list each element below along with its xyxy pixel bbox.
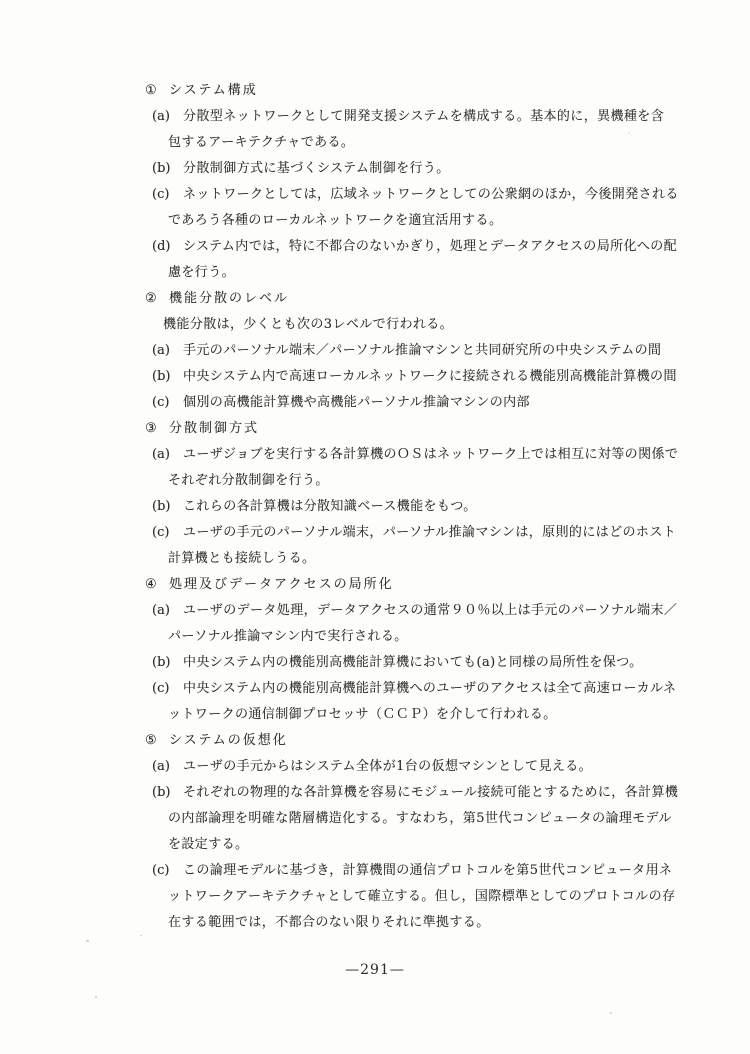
section-heading-2: ②機能分散のレベル — [145, 286, 655, 312]
item-text: 分散制御方式に基づくシステム制御を行う。 — [183, 161, 450, 176]
scanned-document-page: ①システム構成 (a)分散型ネットワークとして開発支援システムを構成する。基本的… — [0, 0, 750, 1054]
section-heading-5: ⑤システムの仮想化 — [145, 728, 655, 754]
list-item: (c)中央システム内の機能別高機能計算機へのユーザのアクセスは全て高速ローカルネ — [152, 676, 655, 702]
list-item-continuation: 在する範囲では，不都合のない限りそれに準拠する。 — [168, 910, 655, 936]
list-item-continuation: であろう各種のローカルネットワークを適宜活用する。 — [168, 208, 655, 234]
item-marker: (b) — [152, 494, 183, 520]
item-text: ユーザのデータ処理，データアクセスの通常９０％以上は手元のパーソナル端末／ — [183, 603, 677, 618]
list-item: (a)ユーザジョブを実行する各計算機のＯＳはネットワーク上では相互に対等の関係で — [152, 442, 655, 468]
item-marker: (c) — [152, 182, 183, 208]
item-marker: (c) — [152, 676, 183, 702]
list-item-continuation: それぞれ分散制御を行う。 — [168, 468, 655, 494]
section-heading-1: ①システム構成 — [145, 78, 655, 104]
item-text: 分散型ネットワークとして開発支援システムを構成する。基本的に，異機種を含 — [183, 109, 664, 124]
scan-speckle — [95, 996, 97, 998]
section-title: 処理及びデータアクセスの局所化 — [169, 577, 394, 592]
item-marker: (c) — [152, 520, 183, 546]
item-text: システム内では，特に不都合のないかぎり，処理とデータアクセスの局所化への配 — [183, 239, 677, 254]
list-item: (c)ユーザの手元のパーソナル端末，パーソナル推論マシンは，原則的にはどのホスト — [152, 520, 655, 546]
list-item-continuation: 包するアーキテクチャである。 — [168, 130, 655, 156]
list-item-continuation: ットワークの通信制御プロセッサ（ＣＣＰ）を介して行われる。 — [168, 702, 655, 728]
list-item-continuation: パーソナル推論マシン内で実行される。 — [168, 624, 655, 650]
list-item: (c)ネットワークとしては，広域ネットワークとしての公衆網のほか，今後開発される — [152, 182, 655, 208]
section-number: ④ — [145, 572, 169, 598]
item-marker: (a) — [152, 104, 183, 130]
section-title: 分散制御方式 — [169, 421, 259, 436]
item-marker: (b) — [152, 364, 183, 390]
item-text: これらの各計算機は分散知識ベース機能をもつ。 — [183, 499, 477, 514]
item-text: ユーザの手元からはシステム全体が1台の仮想マシンとして見える。 — [183, 759, 592, 774]
page-number: —291— — [0, 962, 750, 978]
item-text: ユーザジョブを実行する各計算機のＯＳはネットワーク上では相互に対等の関係で — [183, 447, 678, 462]
item-marker: (c) — [152, 858, 183, 884]
list-item-continuation: ットワークアーキテクチャとして確立する。但し，国際標準としてのプロトコルの存 — [168, 884, 655, 910]
item-text: この論理モデルに基づき，計算機間の通信プロトコルを第5世代コンピュータ用ネ — [183, 863, 672, 878]
item-marker: (d) — [152, 234, 183, 260]
list-item: (c)この論理モデルに基づき，計算機間の通信プロトコルを第5世代コンピュータ用ネ — [152, 858, 655, 884]
list-item: (a)ユーザのデータ処理，データアクセスの通常９０％以上は手元のパーソナル端末／ — [152, 598, 655, 624]
list-item-continuation: 慮を行う。 — [168, 260, 655, 286]
item-text: ユーザの手元のパーソナル端末，パーソナル推論マシンは，原則的にはどのホスト — [183, 525, 676, 540]
list-item-continuation: 計算機とも接続しうる。 — [168, 546, 655, 572]
scan-speckle — [628, 132, 630, 134]
list-item-continuation: を設定する。 — [168, 832, 655, 858]
item-text: 中央システム内で高速ローカルネットワークに接続される機能別高機能計算機の間 — [183, 369, 677, 384]
section-number: ② — [145, 286, 169, 312]
section-heading-3: ③分散制御方式 — [145, 416, 655, 442]
document-body: ①システム構成 (a)分散型ネットワークとして開発支援システムを構成する。基本的… — [145, 78, 655, 936]
section-number: ⑤ — [145, 728, 169, 754]
list-item: (a)手元のパーソナル端末／パーソナル推論マシンと共同研究所の中央システムの間 — [152, 338, 655, 364]
item-text: それぞれの物理的な各計算機を容易にモジュール接続可能とするために，各計算機 — [183, 785, 678, 800]
section-title: 機能分散のレベル — [169, 291, 289, 306]
scan-speckle — [140, 935, 142, 936]
item-text: 個別の高機能計算機や高機能パーソナル推論マシンの内部 — [183, 395, 530, 410]
section-number: ① — [145, 78, 169, 104]
item-marker: (b) — [152, 156, 183, 182]
list-item: (d)システム内では，特に不都合のないかぎり，処理とデータアクセスの局所化への配 — [152, 234, 655, 260]
list-item: (a)分散型ネットワークとして開発支援システムを構成する。基本的に，異機種を含 — [152, 104, 655, 130]
item-text: 中央システム内の機能別高機能計算機へのユーザのアクセスは全て高速ローカルネ — [183, 681, 676, 696]
list-item: (b)分散制御方式に基づくシステム制御を行う。 — [152, 156, 655, 182]
list-item: (b)これらの各計算機は分散知識ベース機能をもつ。 — [152, 494, 655, 520]
scan-speckle — [86, 940, 89, 942]
list-item: (b)中央システム内で高速ローカルネットワークに接続される機能別高機能計算機の間 — [152, 364, 655, 390]
item-marker: (b) — [152, 650, 183, 676]
item-marker: (a) — [152, 442, 183, 468]
item-text: 中央システム内の機能別高機能計算機においても(a)と同様の局所性を保つ。 — [183, 655, 642, 670]
item-marker: (a) — [152, 598, 183, 624]
list-item: (c)個別の高機能計算機や高機能パーソナル推論マシンの内部 — [152, 390, 655, 416]
scan-speckle — [610, 1012, 612, 1014]
section-intro: 機能分散は，少くとも次の3レベルで行われる。 — [163, 312, 655, 338]
list-item: (b)中央システム内の機能別高機能計算機においても(a)と同様の局所性を保つ。 — [152, 650, 655, 676]
item-marker: (a) — [152, 338, 183, 364]
list-item: (a)ユーザの手元からはシステム全体が1台の仮想マシンとして見える。 — [152, 754, 655, 780]
section-title: システムの仮想化 — [169, 733, 288, 748]
section-number: ③ — [145, 416, 169, 442]
item-marker: (c) — [152, 390, 183, 416]
item-text: 手元のパーソナル端末／パーソナル推論マシンと共同研究所の中央システムの間 — [183, 343, 661, 358]
item-marker: (a) — [152, 754, 183, 780]
item-marker: (b) — [152, 780, 183, 806]
list-item: (b)それぞれの物理的な各計算機を容易にモジュール接続可能とするために，各計算機 — [152, 780, 655, 806]
item-text: ネットワークとしては，広域ネットワークとしての公衆網のほか，今後開発される — [183, 187, 679, 202]
section-title: システム構成 — [169, 83, 258, 98]
list-item-continuation: の内部論理を明確な階層構造化する。すなわち，第5世代コンピュータの論理モデル — [168, 806, 655, 832]
section-heading-4: ④処理及びデータアクセスの局所化 — [145, 572, 655, 598]
